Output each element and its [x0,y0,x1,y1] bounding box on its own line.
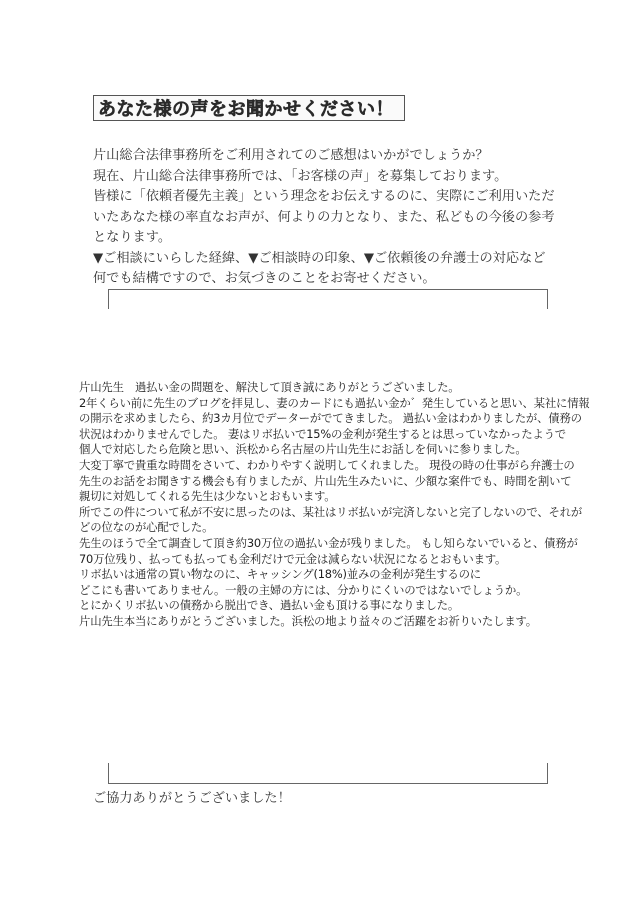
testimonial-line: 所でこの件について私が不安に思ったのは、某社はリボ払いが完済しないと完了しないの… [79,505,599,521]
testimonial-line: 片山先生本当にありがとうございました。浜松の地より益々のご活躍をお祈りいたします… [79,614,599,630]
testimonial-line: 先生のほうで全て調査して頂き約30万位の過払い金が残りました。 もし知らないでい… [79,536,599,552]
testimonial-line: とにかくリボ払いの債務から脱出でき、過払い金も頂ける事になりました。 [79,598,599,614]
testimonial-line: 個人で対応したら危険と思い、浜松から名古屋の片山先生にお話しを伺いに参りました。 [79,442,599,458]
testimonial-text: 片山先生 過払い金の問題を、解決して頂き誠にありがとうございました。 2年くらい… [79,380,599,630]
testimonial-line: どこにも書いてありません。一般の主婦の方には、分かりにくいのではないでしょうか。 [79,583,599,599]
intro-line: 何でも結構ですので、お気づきのことをお寄せください。 [93,269,563,290]
intro-line: 現在、片山総合法律事務所では、「お客様の声」を募集しております。 [93,167,563,188]
response-box-bottom-bracket [108,763,548,784]
testimonial-line: 大変丁寧で貴重な時間をさいて、わかりやすく説明してくれました。 現役の時の仕事が… [79,458,599,474]
testimonial-line: の開示を求めましたら、約3カ月位でデーターがでてきました。 過払い金はわかりまし… [79,411,599,427]
testimonial-line: 2年くらい前に先生のブログを拝見し、妻のカードにも過払い金か゛発生していると思い… [79,396,599,412]
intro-line: 皆様に「依頼者優先主義」という理念をお伝えするのに、実際にご利用いただ [93,187,563,208]
intro-text: 片山総合法律事務所をご利用されてのご感想はいかがでしょうか？ 現在、片山総合法律… [93,146,563,290]
response-box-top-bracket [108,289,548,309]
page-title: あなた様の声をお聞かせください！ [98,95,394,121]
intro-line: 片山総合法律事務所をご利用されてのご感想はいかがでしょうか？ [93,146,563,167]
testimonial-line: 片山先生 過払い金の問題を、解決して頂き誠にありがとうございました。 [79,380,599,396]
intro-line: となります。 [93,228,563,249]
thanks-message: ご協力ありがとうございました！ [93,790,291,808]
testimonial-line: どの位なのが心配でした。 [79,520,599,536]
testimonial-line: 親切に対処してくれる先生は少ないとおもいます。 [79,489,599,505]
testimonial-line: 先生のお話をお聞きする機会も有りましたが、片山先生みたいに、少額な案件でも、時間… [79,474,599,490]
testimonial-line: 70万位残り、払っても払っても金利だけで元金は減らない状況になるとおもいます。 [79,552,599,568]
testimonial-line: リボ払いは通常の買い物なのに、キャッシング(18%)並みの金利が発生するのに [79,567,599,583]
testimonial-line: 状況はわかりませんでした。 妻はリボ払いで15%の金利が発生するとは思っていなか… [79,427,599,443]
page-title-box: あなた様の声をお聞かせください！ [93,95,405,121]
intro-line: ▼ご相談にいらした経緯、▼ご相談時の印象、▼ご依頼後の弁護士の対応など [93,249,563,270]
intro-line: いたあなた様の率直なお声が、何よりの力となり、また、私どもの今後の参考 [93,208,563,229]
